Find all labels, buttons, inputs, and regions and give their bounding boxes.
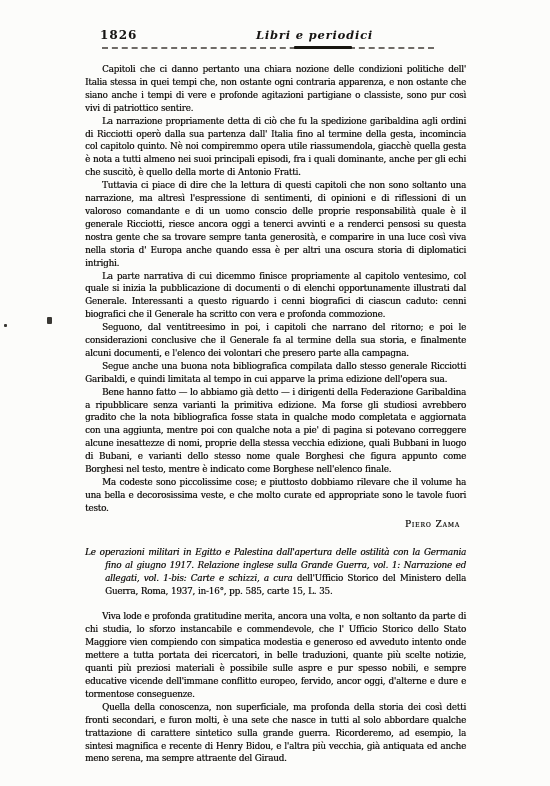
review-paragraph: Segue anche una buona nota bibliografica… [85,361,466,387]
scan-speck [4,324,7,327]
scanned-book-page: 1826 Libri e periodici Capitoli che ci d… [0,0,550,786]
header-rule-solid-segment [294,46,352,49]
review-paragraph: Viva lode e profonda gratitudine merita,… [85,611,466,701]
review-paragraph: La narrazione propriamente detta di ciò … [85,116,466,181]
review-text-column: Capitoli che ci danno pertanto una chiar… [85,64,466,766]
review-paragraph: Quella della conoscenza, non superficial… [85,702,466,767]
page-number: 1826 [100,28,137,42]
review-paragraph: La parte narrativa di cui dicemmo finisc… [85,271,466,323]
review-paragraph: Capitoli che ci danno pertanto una chiar… [85,64,466,116]
review-paragraph: Seguono, dal ventitreesimo in poi, i cap… [85,322,466,361]
scan-speck [47,317,52,324]
header-rule [102,47,434,49]
review-paragraph: Bene hanno fatto — lo abbiamo già detto … [85,387,466,477]
bibliographic-entry: Le operazioni militari in Egitto e Pales… [85,547,466,600]
review-paragraph: Ma codeste sono piccolissime cose; e piu… [85,477,466,516]
reviewer-signature: Piero Zama [85,519,466,532]
review-paragraph: Tuttavia ci piace di dire che la lettura… [85,180,466,270]
running-title: Libri e periodici [256,28,373,42]
